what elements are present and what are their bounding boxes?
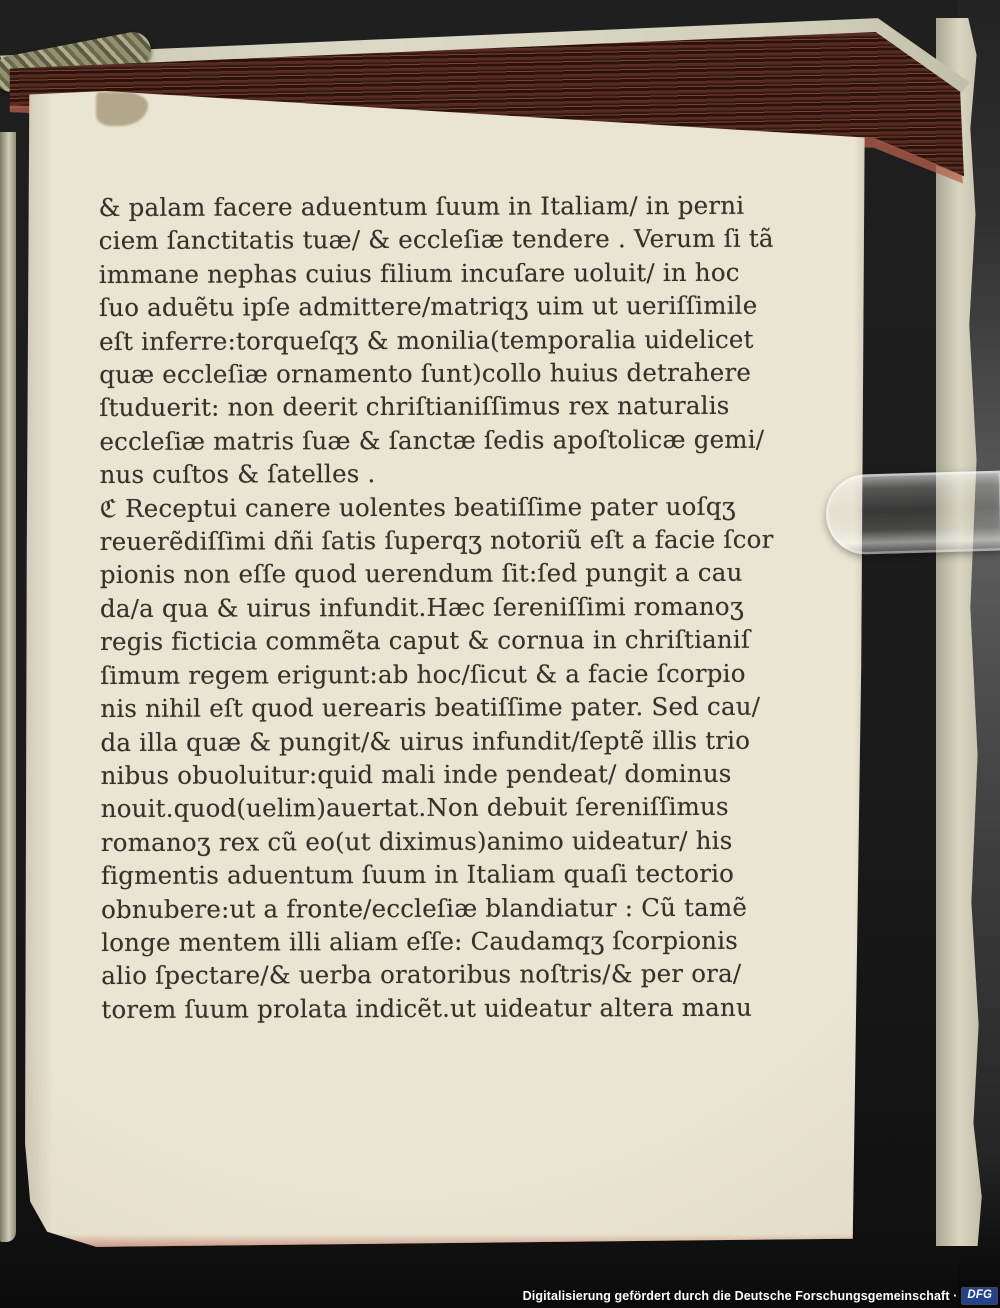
text-line: nis nihil eſt quod uerearis beatiſſime p… <box>100 690 672 725</box>
text-line: romanoʒ rex cũ eo(ut diximus)animo uidea… <box>101 824 673 859</box>
plastic-clip <box>825 471 1000 556</box>
text-line: nus cuſtos & ſatelles . <box>99 456 671 491</box>
text-line: & palam facere aduentum ſuum in Italiam/… <box>99 189 671 224</box>
text-line: obnubere:ut a fronte/eccleſiæ blandiatur… <box>101 891 673 926</box>
page-text-block: & palam facere aduentum ſuum in Italiam/… <box>99 189 674 1026</box>
text-line: da illa quæ & pungit/& uirus infundit/ſe… <box>100 724 672 759</box>
text-line: longe mentem illi aliam eſſe: Caudamqʒ ſ… <box>101 924 673 959</box>
book-fore-edge-red-pages <box>854 128 956 1244</box>
text-line: nouit.quod(uelim)auertat.Non debuit ſere… <box>101 790 673 825</box>
text-line: eſt inferre:torqueſqʒ & monilia(temporal… <box>99 323 671 358</box>
cover-edge-left <box>0 132 16 1242</box>
book-page: & palam facere aduentum ſuum in Italiam/… <box>20 84 868 1248</box>
text-line: alio ſpectare/& uerba oratoribus noſtris… <box>101 957 673 992</box>
text-line: ſtuduerit: non deerit chriſtianiſſimus r… <box>99 389 671 424</box>
text-line: ciem ſanctitatis tuæ/ & eccleſiæ tendere… <box>99 222 671 257</box>
dfg-logo: DFG <box>962 1288 997 1304</box>
text-line: ſuo aduẽtu ipſe admittere/matriqʒ uim ut… <box>99 289 671 324</box>
text-line: ſimum regem erigunt:ab hoc/ſicut & a fac… <box>100 657 672 692</box>
text-line: nibus obuoluitur:quid mali inde pendeat/… <box>101 757 673 792</box>
text-line: torem ſuum prolata indicẽt.ut uideatur a… <box>101 991 673 1026</box>
photo-stage: & palam facere aduentum ſuum in Italiam/… <box>0 0 1000 1308</box>
text-line: immane nephas cuius filium incuſare uolu… <box>99 256 671 291</box>
page-stain <box>96 92 148 126</box>
text-line: reuerẽdiſſimi dñi ſatis ſuperqʒ notoriũ … <box>100 523 672 558</box>
text-line: da/a qua & uirus infundit.Hæc ſereniſſim… <box>100 590 672 625</box>
text-line: ℭ Receptui canere uolentes beatiſſime pa… <box>100 490 672 525</box>
caption-text: Digitalisierung gefördert durch die Deut… <box>523 1289 958 1303</box>
dfg-caption: Digitalisierung gefördert durch die Deut… <box>523 1286 997 1306</box>
text-line: quæ eccleſiæ ornamento ſunt)collo huius … <box>99 356 671 391</box>
text-line: eccleſiæ matris ſuæ & ſanctæ ſedis apoſt… <box>99 423 671 458</box>
text-line: pionis non eſſe quod uerendum ſit:ſed pu… <box>100 556 672 591</box>
text-line: regis ficticia commẽta caput & cornua in… <box>100 623 672 658</box>
text-line: figmentis aduentum ſuum in Italiam quaſi… <box>101 857 673 892</box>
